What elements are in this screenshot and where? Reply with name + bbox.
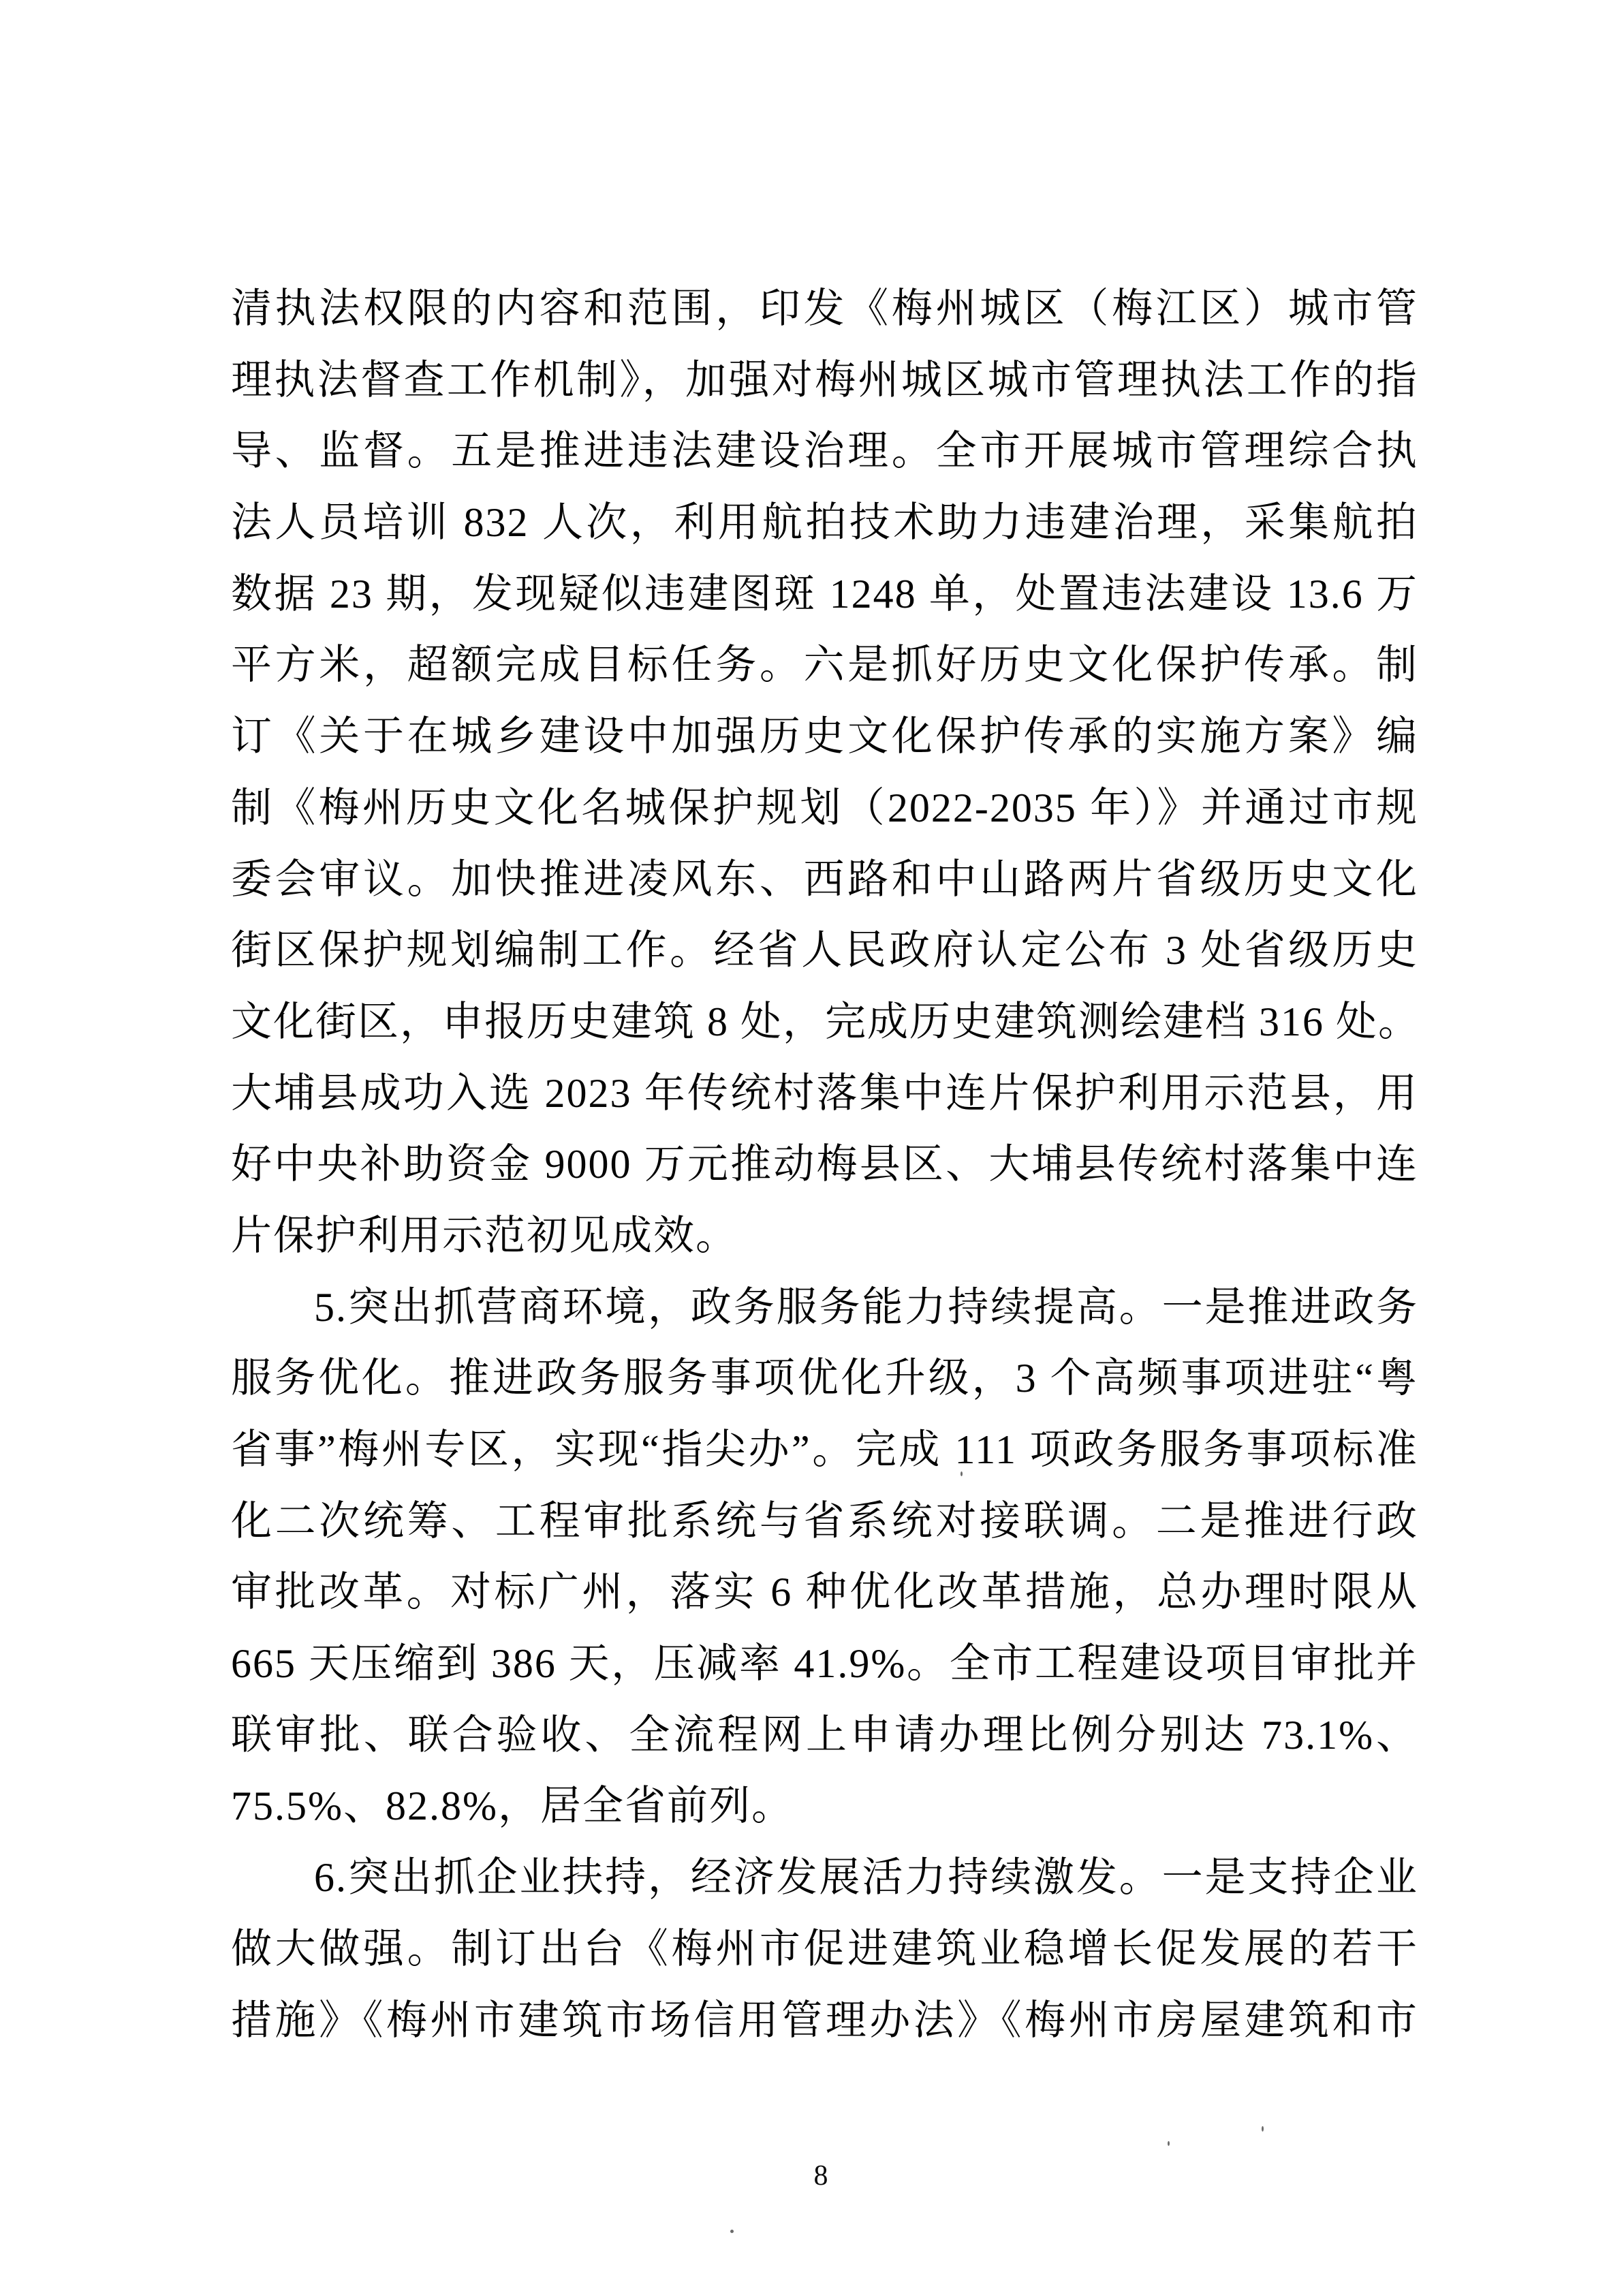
text-line: 省事”梅州专区，实现“指尖办”。完成 111 项政务服务事项标准 <box>231 1414 1418 1486</box>
text-block: 清执法权限的内容和范围，印发《梅州城区（梅江区）城市管理执法督查工作机制》，加强… <box>231 273 1418 2056</box>
text-line: 服务优化。推进政务服务事项优化升级，3 个高频事项进驻“粤 <box>231 1343 1418 1414</box>
scan-speck <box>730 2230 734 2233</box>
text-line: 化二次统筹、工程审批系统与省系统对接联调。二是推进行政 <box>231 1486 1418 1557</box>
text-line: 导、监督。五是推进违法建设治理。全市开展城市管理综合执 <box>231 416 1418 487</box>
scan-speck <box>1168 2141 1170 2146</box>
text-line: 文化街区，申报历史建筑 8 处，完成历史建筑测绘建档 316 处。 <box>231 986 1418 1058</box>
text-line: 清执法权限的内容和范围，印发《梅州城区（梅江区）城市管 <box>231 273 1418 345</box>
text-line: 做大做强。制订出台《梅州市促进建筑业稳增长促发展的若干 <box>231 1914 1418 1985</box>
scan-speck <box>1262 2126 1264 2132</box>
text-line: 审批改革。对标广州，落实 6 种优化改革措施，总办理时限从 <box>231 1557 1418 1628</box>
text-line: 理执法督查工作机制》，加强对梅州城区城市管理执法工作的指 <box>231 345 1418 416</box>
text-line: 街区保护规划编制工作。经省人民政府认定公布 3 处省级历史 <box>231 915 1418 986</box>
text-line: 订《关于在城乡建设中加强历史文化保护传承的实施方案》编 <box>231 701 1418 773</box>
text-line: 法人员培训 832 人次，利用航拍技术助力违建治理，采集航拍 <box>231 487 1418 559</box>
text-line: 好中央补助资金 9000 万元推动梅县区、大埔县传统村落集中连 <box>231 1129 1418 1200</box>
text-line: 制《梅州历史文化名城保护规划（2022-2035 年）》并通过市规 <box>231 773 1418 844</box>
text-line: 措施》《梅州市建筑市场信用管理办法》《梅州市房屋建筑和市 <box>231 1985 1418 2057</box>
text-line: 联审批、联合验收、全流程网上申请办理比例分别达 73.1%、 <box>231 1700 1418 1771</box>
text-line: 片保护利用示范初见成效。 <box>231 1200 1418 1272</box>
text-line: 数据 23 期，发现疑似违建图斑 1248 单，处置违法建设 13.6 万 <box>231 559 1418 630</box>
document-page: 清执法权限的内容和范围，印发《梅州城区（梅江区）城市管理执法督查工作机制》，加强… <box>0 0 1624 2293</box>
text-line: 75.5%、82.8%，居全省前列。 <box>231 1771 1418 1842</box>
text-line: 5.突出抓营商环境，政务服务能力持续提高。一是推进政务 <box>231 1272 1418 1343</box>
text-line: 大埔县成功入选 2023 年传统村落集中连片保护利用示范县，用 <box>231 1058 1418 1129</box>
text-line: 665 天压缩到 386 天，压减率 41.9%。全市工程建设项目审批并 <box>231 1628 1418 1700</box>
scan-speck <box>961 1471 963 1476</box>
text-line: 委会审议。加快推进凌风东、西路和中山路两片省级历史文化 <box>231 844 1418 916</box>
page-number: 8 <box>9 2161 1624 2191</box>
text-line: 6.突出抓企业扶持，经济发展活力持续激发。一是支持企业 <box>231 1842 1418 1914</box>
text-line: 平方米，超额完成目标任务。六是抓好历史文化保护传承。制 <box>231 629 1418 701</box>
